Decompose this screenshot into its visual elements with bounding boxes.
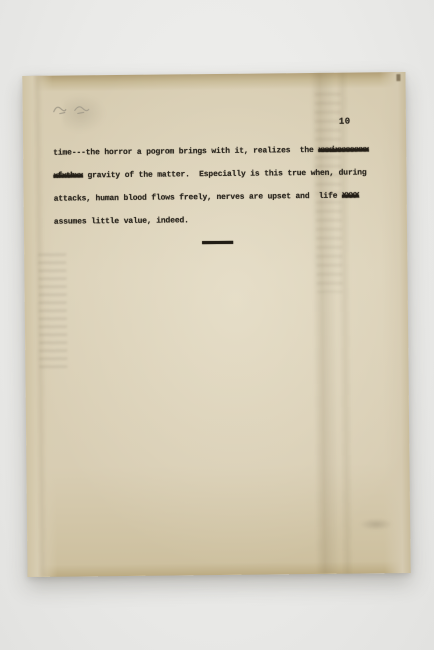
document-page: 10 time---the horror a pogrom brings wit… bbox=[22, 72, 410, 577]
typed-line: assumes little value, indeed. bbox=[54, 207, 400, 234]
typed-paragraph: time---the horror a pogrom brings with i… bbox=[53, 138, 400, 234]
struck-out-text: XXXX bbox=[342, 192, 359, 201]
photo-background: 10 time---the horror a pogrom brings wit… bbox=[0, 0, 434, 650]
struck-out-text: xfxthxx bbox=[53, 171, 82, 180]
handwritten-pencil-mark bbox=[51, 101, 93, 117]
typed-line: attacks, human blood flows freely, nerve… bbox=[54, 184, 400, 211]
page-number: 10 bbox=[339, 117, 351, 127]
ink-showthrough-smudge bbox=[38, 254, 67, 369]
typed-text: attacks, human blood flows freely, nerve… bbox=[54, 192, 342, 204]
pencil-smudge bbox=[359, 518, 393, 530]
paper-corner-notch bbox=[396, 74, 400, 81]
end-of-text-dash bbox=[202, 241, 233, 244]
typed-text: assumes little value, indeed. bbox=[54, 216, 189, 226]
typed-text: gravity of the matter. Especially is thi… bbox=[83, 168, 367, 180]
typed-text: time---the horror a pogrom brings with i… bbox=[53, 146, 318, 158]
paper-crease bbox=[32, 76, 47, 577]
struck-out-text: xxxixxxxxxxx bbox=[318, 145, 369, 155]
